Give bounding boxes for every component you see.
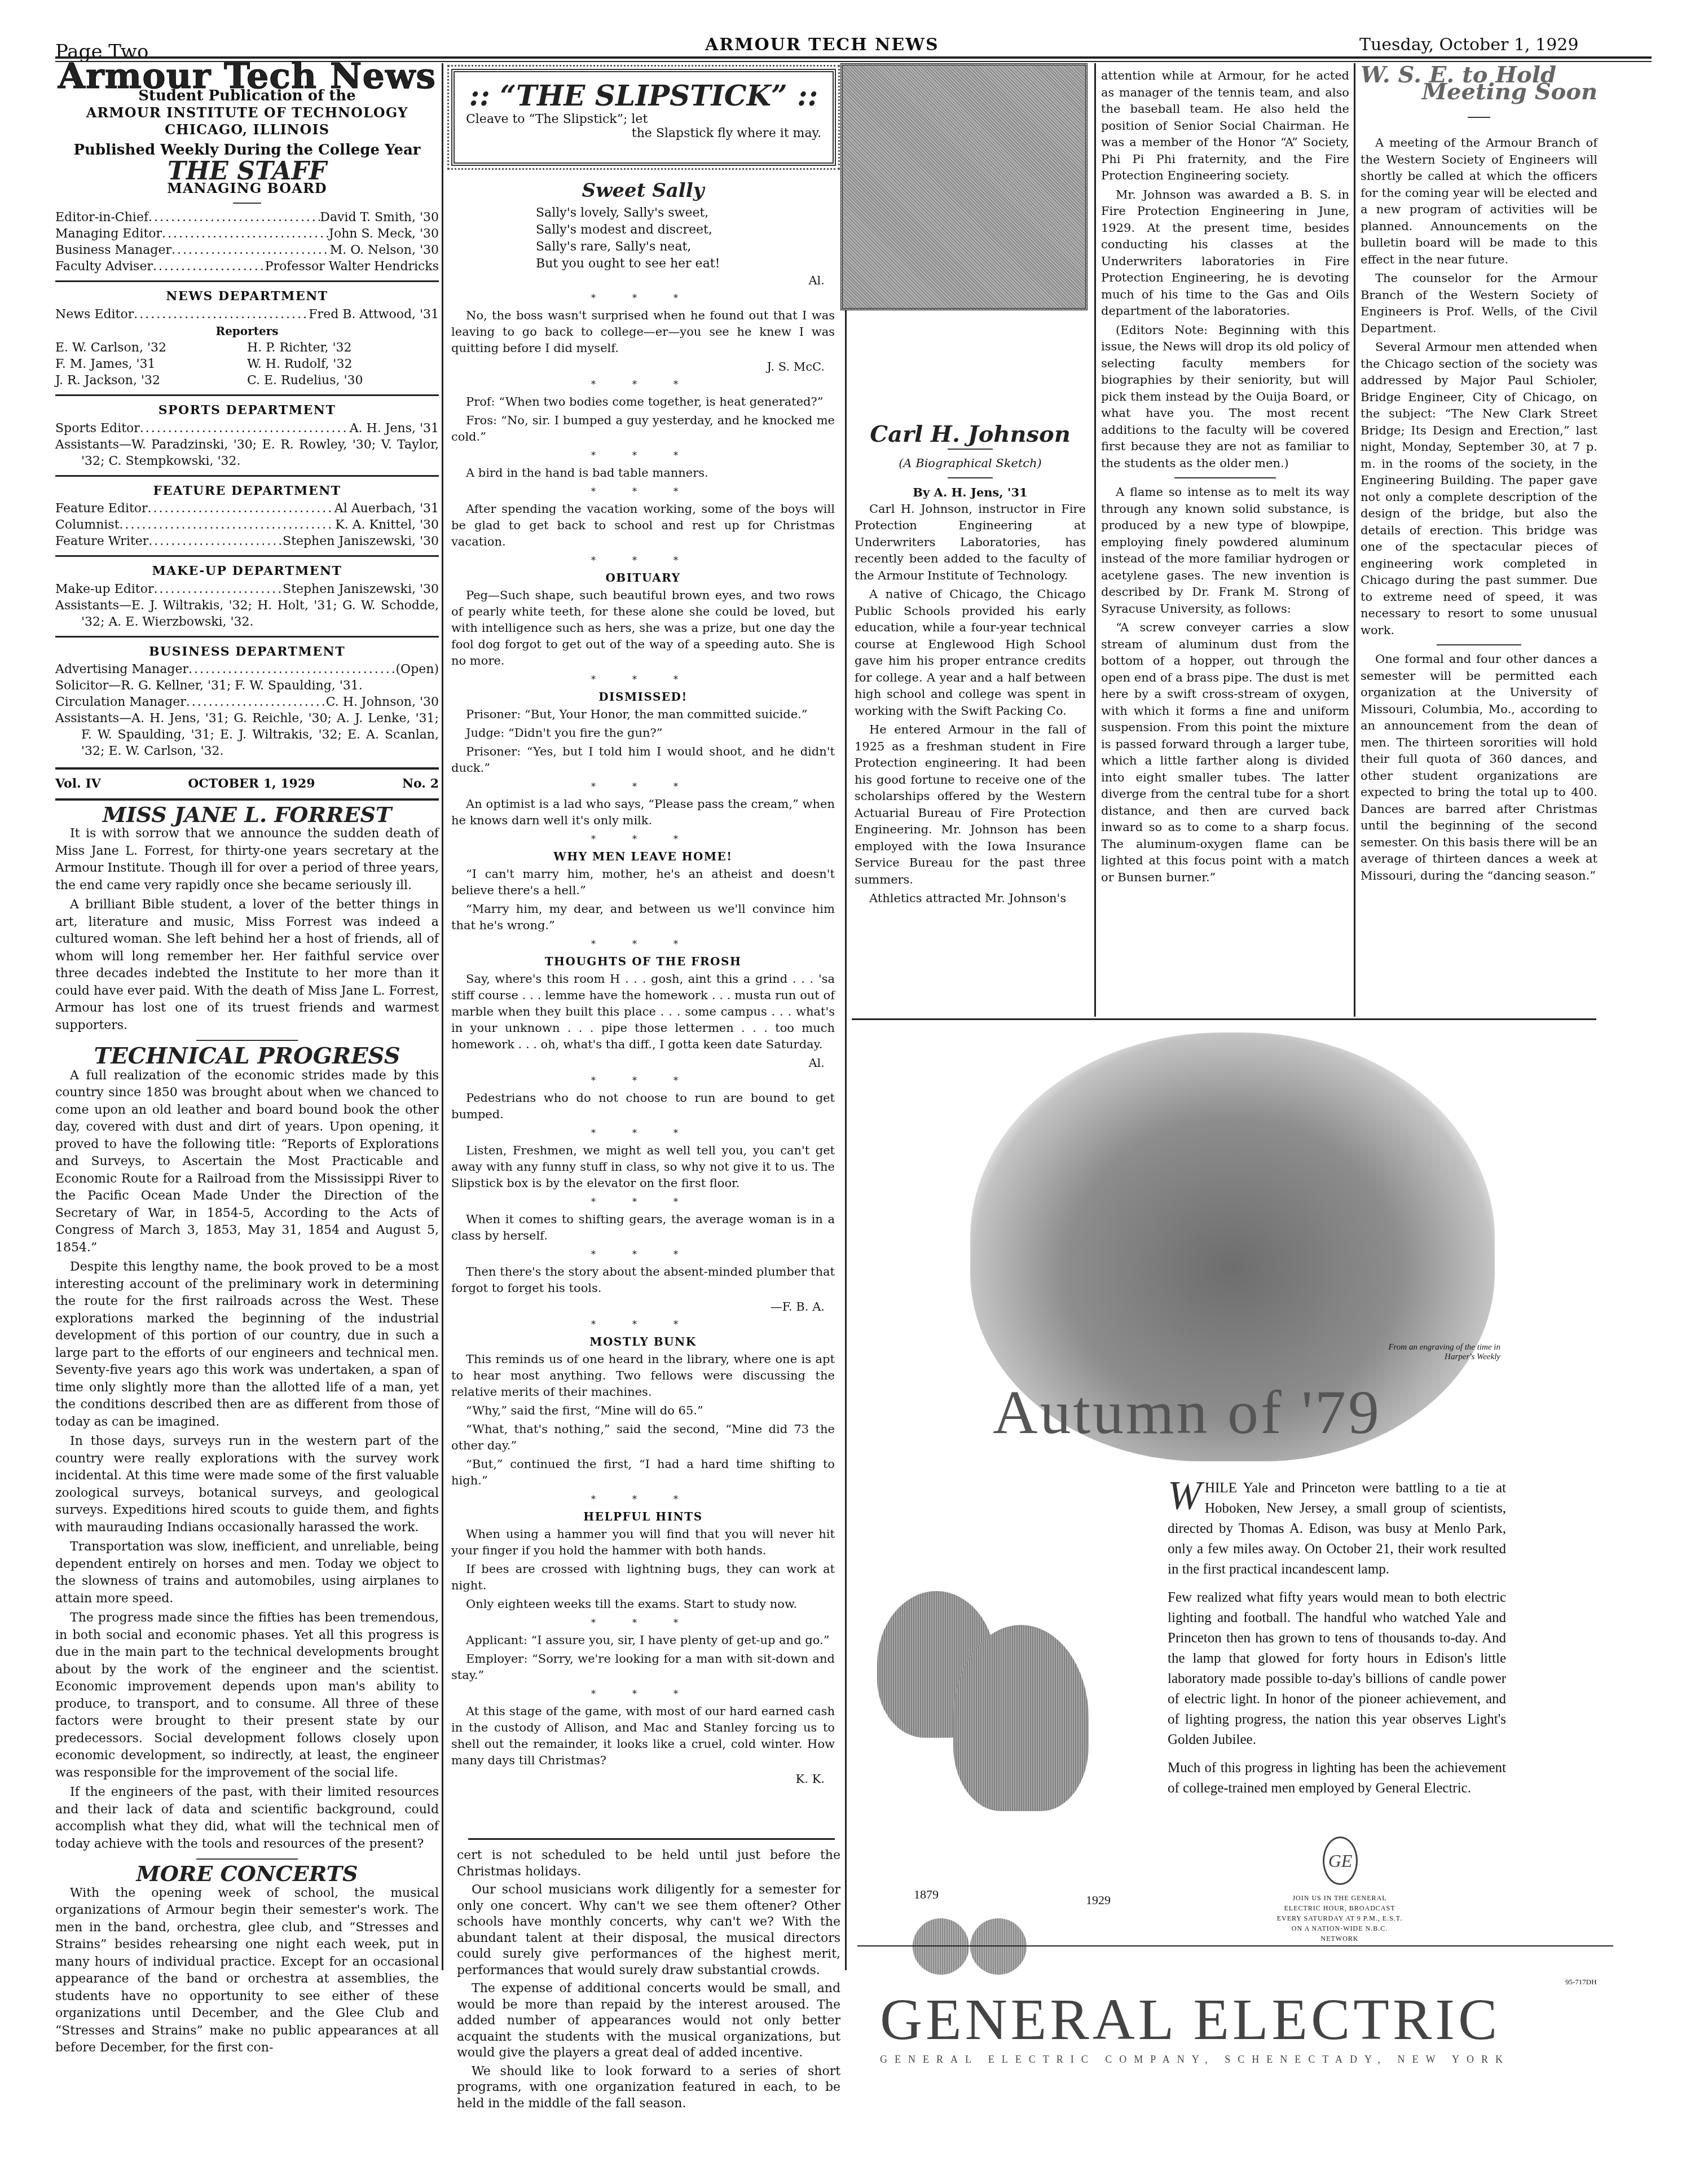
dances-paragraph: One formal and four other dances a semes…: [1361, 651, 1597, 884]
joke-signature: J. S. McC.: [451, 359, 835, 375]
managing-board-list: Editor-in-ChiefDavid T. Smith, '30 Manag…: [55, 209, 439, 275]
divider: [55, 394, 439, 396]
joke-text: “Marry him, my dear, and between us we'l…: [451, 901, 835, 934]
johnson-paragraph: Athletics attracted Mr. Johnson's: [855, 890, 1086, 907]
feature-department-title: FEATURE DEPARTMENT: [55, 482, 439, 500]
sports-department-title: SPORTS DEPARTMENT: [55, 402, 439, 419]
separator-stars: * * *: [451, 1246, 835, 1263]
joke-text: Prof: “When two bodies come together, is…: [451, 394, 835, 410]
volume-bar: Vol. IV OCTOBER 1, 1929 No. 2: [55, 775, 439, 793]
staff-line: Feature EditorAl Auerbach, '31: [55, 500, 439, 517]
slipstick-column: Sweet Sally Sally's lovely, Sally's swee…: [451, 175, 835, 1787]
joke-text: When using a hammer you will find that y…: [451, 1526, 835, 1559]
divider: [468, 1838, 835, 1840]
staff-line: Feature WriterStephen Janiszewski, '30: [55, 533, 439, 550]
joke-heading: HELPFUL HINTS: [451, 1509, 835, 1525]
separator-stars: * * *: [451, 1125, 835, 1141]
joke-text: Then there's the story about the absent-…: [451, 1264, 835, 1297]
poem: Sally's lovely, Sally's sweet, Sally's m…: [451, 205, 835, 273]
ge-brand-wordmark: GENERAL ELECTRIC: [880, 1986, 1500, 2053]
staff-line: News EditorFred B. Attwood, '31: [55, 306, 439, 323]
column-divider: [442, 63, 443, 1970]
slipstick-title: :: “THE SLIPSTICK” ::: [455, 79, 833, 112]
concerts-continued: cert is not scheduled to be held until j…: [457, 1848, 840, 2114]
lamp-1929-icon: [953, 1625, 1089, 1811]
technical-paragraph: In those days, surveys run in the wester…: [55, 1433, 439, 1536]
joke-text: Pedestrians who do not choose to run are…: [451, 1090, 835, 1123]
joke-text: If bees are crossed with lightning bugs,…: [451, 1561, 835, 1594]
lamp-base-icon: [913, 1918, 969, 1975]
lamp-year-1929: 1929: [1086, 1893, 1111, 1908]
separator-stars: * * *: [451, 1686, 835, 1702]
ad-paragraph: HILE Yale and Princeton were battling to…: [1168, 1480, 1506, 1577]
staff-line: Make-up EditorStephen Janiszewski, '30: [55, 581, 439, 597]
technical-paragraph: Despite this lengthy name, the book prov…: [55, 1259, 439, 1431]
business-solicitor: Solicitor—R. G. Kellner, '31; F. W. Spau…: [55, 678, 439, 694]
forrest-paragraph: It is with sorrow that we announce the s…: [55, 825, 439, 894]
concerts-paragraph: Our school musicians work diligently for…: [457, 1882, 840, 1979]
joke-text: This reminds us of one heard in the libr…: [451, 1351, 835, 1400]
joke-heading: THOUGHTS OF THE FROSH: [451, 954, 835, 970]
staff-line: Editor-in-ChiefDavid T. Smith, '30: [55, 209, 439, 226]
joke-heading: DISMISSED!: [451, 689, 835, 705]
poem-signature: Al.: [451, 273, 835, 289]
joke-text: When it comes to shifting gears, the ave…: [451, 1211, 835, 1244]
joke-text: Fros: “No, sir. I bumped a guy yesterday…: [451, 412, 835, 445]
joke-text: “Why,” said the first, “Mine will do 65.…: [451, 1403, 835, 1419]
joke-text: Peg—Such shape, such beautiful brown eye…: [451, 587, 835, 669]
separator-stars: * * *: [451, 936, 835, 952]
dropcap-w: W: [1168, 1478, 1201, 1512]
nameplate: Armour Tech News: [55, 68, 439, 85]
technical-paragraph: Transportation was slow, inefficient, an…: [55, 1539, 439, 1607]
joke-text: At this stage of the game, with most of …: [451, 1703, 835, 1769]
issue-date: OCTOBER 1, 1929: [188, 775, 315, 793]
joke-text: “What, that's nothing,” said the second,…: [451, 1421, 835, 1454]
column-divider: [1094, 63, 1096, 1017]
sports-assistants: Assistants—W. Paradzinski, '30; E. R. Ro…: [55, 437, 439, 469]
wse-article: W. S. E. to Hold Meeting Soon A meeting …: [1361, 67, 1597, 886]
separator-stars: * * *: [451, 552, 835, 569]
divider: [55, 798, 439, 801]
divider: [1468, 117, 1490, 118]
staff-line: Managing EditorJohn S. Meck, '30: [55, 226, 439, 242]
masthead-line-frequency: Published Weekly During the College Year: [55, 142, 439, 159]
johnson-paragraph: (Editors Note: Beginning with this issue…: [1101, 322, 1349, 472]
divider: [233, 203, 261, 204]
makeup-department-title: MAKE-UP DEPARTMENT: [55, 563, 439, 580]
divider: [1174, 477, 1276, 478]
ad-paragraph: Few realized what fifty years would mean…: [1168, 1588, 1506, 1750]
divider: [55, 280, 439, 282]
joke-text: Prisoner: “But, Your Honor, the man comm…: [451, 706, 835, 723]
johnson-paragraph: Mr. Johnson was awarded a B. S. in Fire …: [1101, 187, 1349, 320]
johnson-article: Carl H. Johnson (A Biographical Sketch) …: [855, 426, 1086, 909]
separator-stars: * * *: [451, 779, 835, 795]
joke-text: Listen, Freshmen, we might as well tell …: [451, 1143, 835, 1192]
divider: [1437, 644, 1521, 645]
forrest-paragraph: A brilliant Bible student, a lover of th…: [55, 897, 439, 1034]
divider: [55, 475, 439, 477]
joke-signature: K. K.: [451, 1771, 835, 1787]
johnson-paragraph: He entered Armour in the fall of 1925 as…: [855, 722, 1086, 888]
concerts-paragraph: cert is not scheduled to be held until j…: [457, 1848, 840, 1880]
separator-stars: * * *: [451, 376, 835, 393]
joke-text: Employer: “Sorry, we're looking for a ma…: [451, 1651, 835, 1684]
ornament-icon: ::: [787, 79, 818, 112]
separator-stars: * * *: [451, 831, 835, 847]
news-department-title: NEWS DEPARTMENT: [55, 288, 439, 305]
johnson-article-continued: attention while at Armour, for he acted …: [1101, 68, 1349, 888]
separator-stars: * * *: [451, 1615, 835, 1631]
staff-line: Advertising Manager(Open): [55, 661, 439, 678]
ge-company-line: GENERAL ELECTRIC COMPANY, SCHENECTADY, N…: [880, 2054, 1613, 2066]
running-header-date: Tuesday, October 1, 1929: [1359, 35, 1578, 55]
column-divider: [1354, 63, 1355, 1017]
ad-code: 95-717DH: [1565, 1978, 1597, 1987]
divider: [55, 636, 439, 638]
joke-text: An optimist is a lad who says, “Please p…: [451, 796, 835, 829]
joke-text: “But,” continued the first, “I had a har…: [451, 1456, 835, 1489]
joke-text: Only eighteen weeks till the exams. Star…: [451, 1596, 835, 1612]
volume-label: Vol. IV: [55, 775, 101, 793]
wse-paragraph: Several Armour men attended when the Chi…: [1361, 339, 1597, 639]
reporters-list: E. W. Carlson, '32 H. P. Richter, '32 F.…: [55, 340, 439, 389]
johnson-portrait-photo: [840, 63, 1088, 310]
divider: [196, 1858, 298, 1860]
radio-broadcast-note: JOIN US IN THE GENERAL ELECTRIC HOUR, BR…: [1275, 1893, 1405, 1944]
joke-heading: WHY MEN LEAVE HOME!: [451, 849, 835, 865]
slipstick-ornate-box: :: “THE SLIPSTICK” :: Cleave to “The Sli…: [451, 69, 836, 166]
staff-line: Sports EditorA. H. Jens, '31: [55, 420, 439, 437]
concerts-paragraph: We should like to look forward to a seri…: [457, 2064, 840, 2112]
separator-stars: * * *: [451, 290, 835, 306]
wse-paragraph: A meeting of the Armour Branch of the We…: [1361, 135, 1597, 268]
ad-body: WHILE Yale and Princeton were battling t…: [1168, 1478, 1506, 1807]
separator-stars: * * *: [451, 1073, 835, 1089]
concerts-paragraph: The expense of additional concerts would…: [457, 1981, 840, 2062]
staff-line: Business ManagerM. O. Nelson, '30: [55, 242, 439, 258]
technical-paragraph: If the engineers of the past, with their…: [55, 1784, 439, 1853]
masthead: Armour Tech News Student Publication of …: [55, 68, 439, 2059]
joke-signature: —F. B. A.: [451, 1299, 835, 1315]
staff-line: Faculty AdviserProfessor Walter Hendrick…: [55, 258, 439, 275]
joke-text: Prisoner: “Yes, but I told him I would s…: [451, 744, 835, 776]
staff-line: ColumnistK. A. Knittel, '30: [55, 517, 439, 533]
slipstick-motto-1: Cleave to “The Slipstick”; let: [455, 112, 833, 126]
divider: [948, 477, 993, 478]
business-assistants: Assistants—A. H. Jens, '31; G. Reichle, …: [55, 710, 439, 759]
joke-text: Say, where's this room H . . . gosh, ain…: [451, 971, 835, 1053]
flame-paragraph: A flame so intense as to melt its way th…: [1101, 484, 1349, 617]
ad-headline: Autumn of '79: [993, 1377, 1381, 1448]
lamp-year-1879: 1879: [914, 1887, 939, 1902]
reporters-title: Reporters: [55, 323, 439, 340]
joke-text: “I can't marry him, mother, he's an athe…: [451, 866, 835, 899]
joke-heading: MOSTLY BUNK: [451, 1334, 835, 1350]
masthead-line-city: CHICAGO, ILLINOIS: [55, 121, 439, 138]
engraving-caption: From an engraving of the time in Harper'…: [1388, 1343, 1500, 1362]
technical-progress-headline: TECHNICAL PROGRESS: [55, 1048, 439, 1065]
wse-paragraph: The counselor for the Armour Branch of t…: [1361, 270, 1597, 337]
masthead-line-institute: ARMOUR INSTITUTE OF TECHNOLOGY: [55, 104, 439, 121]
divider: [196, 1040, 298, 1041]
managing-board-title: MANAGING BOARD: [55, 180, 439, 197]
johnson-paragraph: Carl H. Johnson, instructor in Fire Prot…: [855, 501, 1086, 585]
joke-text: A bird in the hand is bad table manners.: [451, 465, 835, 481]
joke-text: Applicant: “I assure you, sir, I have pl…: [451, 1632, 835, 1649]
divider: [55, 767, 439, 770]
joke-text: After spending the vacation working, som…: [451, 501, 835, 550]
more-concerts-headline: MORE CONCERTS: [55, 1865, 439, 1883]
joke-signature: Al.: [451, 1055, 835, 1071]
ornament-icon: ::: [469, 79, 500, 112]
staff-line: Circulation ManagerC. H. Johnson, '30: [55, 694, 439, 710]
forrest-headline: MISS JANE L. FORREST: [55, 806, 439, 824]
slipstick-motto-2: the Slapstick fly where it may.: [455, 126, 833, 140]
johnson-headline: Carl H. Johnson: [855, 426, 1086, 443]
business-department-title: BUSINESS DEPARTMENT: [55, 643, 439, 661]
separator-stars: * * *: [451, 447, 835, 464]
joke-heading: OBITUARY: [451, 570, 835, 586]
divider: [948, 449, 993, 450]
joke-text: Judge: “Didn't you fire the gun?”: [451, 725, 835, 741]
flame-paragraph: “A screw conveyer carries a slow stream …: [1101, 619, 1349, 886]
ad-paragraph: Much of this progress in lighting has be…: [1168, 1758, 1506, 1799]
johnson-subtitle: (A Biographical Sketch): [855, 455, 1086, 472]
separator-stars: * * *: [451, 671, 835, 688]
running-header-paper-name: ARMOUR TECH NEWS: [705, 35, 939, 55]
ge-monogram-logo: GE: [1323, 1836, 1358, 1885]
technical-paragraph: The progress made since the fifties has …: [55, 1610, 439, 1782]
ad-rule: [857, 1945, 1613, 1946]
ad-top-rule: [852, 1018, 1596, 1020]
technical-paragraph: A full realization of the economic strid…: [55, 1067, 439, 1257]
separator-stars: * * *: [451, 484, 835, 500]
joke-text: No, the boss wasn't surprised when he fo…: [451, 307, 835, 357]
johnson-paragraph: A native of Chicago, the Chicago Public …: [855, 586, 1086, 719]
poem-title: Sweet Sally: [451, 183, 835, 199]
lamp-base-icon: [970, 1918, 1027, 1975]
separator-stars: * * *: [451, 1194, 835, 1210]
separator-stars: * * *: [451, 1491, 835, 1508]
separator-stars: * * *: [451, 1316, 835, 1333]
column-divider: [845, 63, 847, 1970]
staff-title: THE STAFF: [55, 163, 439, 181]
issue-number: No. 2: [402, 775, 439, 793]
johnson-byline: By A. H. Jens, '31: [855, 484, 1086, 501]
divider: [55, 555, 439, 557]
concerts-paragraph: With the opening week of school, the mus…: [55, 1885, 439, 2057]
johnson-paragraph: attention while at Armour, for he acted …: [1101, 68, 1349, 184]
makeup-assistants: Assistants—E. J. Wiltrakis, '32; H. Holt…: [55, 597, 439, 630]
